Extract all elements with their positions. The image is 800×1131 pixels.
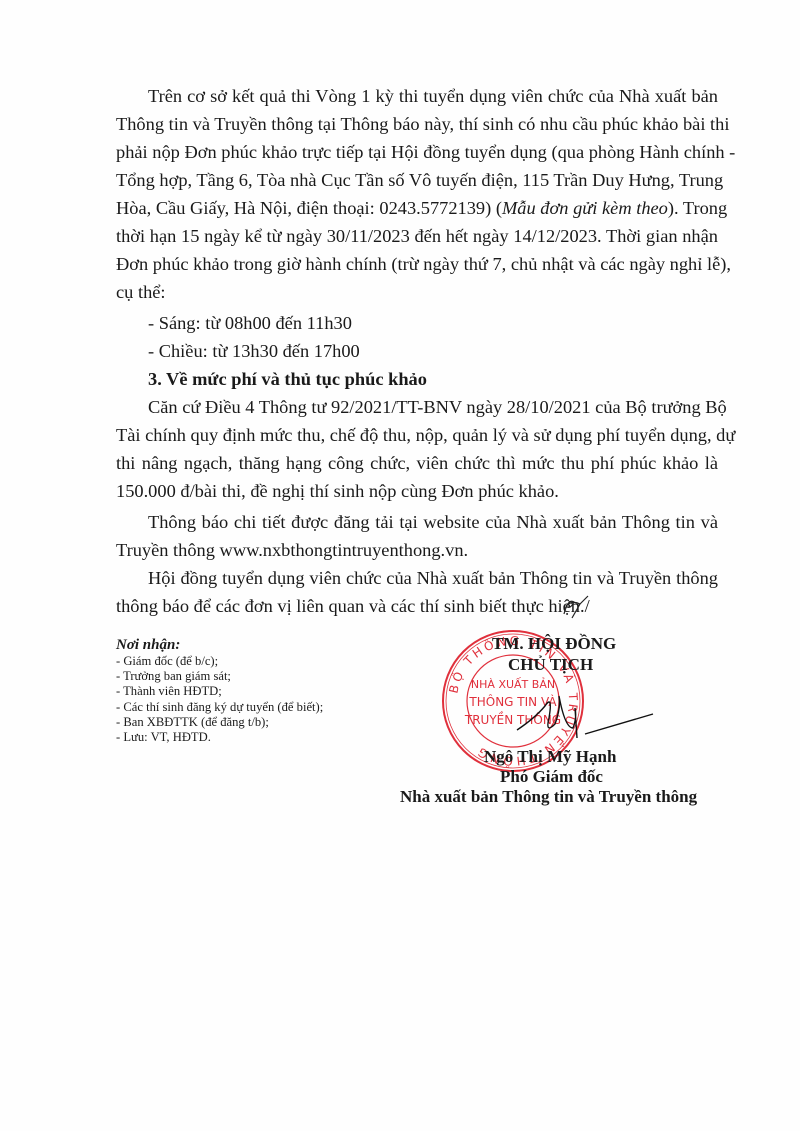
paragraph-line: Trên cơ sở kết quả thi Vòng 1 kỳ thi tuy…	[148, 82, 718, 110]
schedule-afternoon: - Chiều: từ 13h30 đến 17h00	[148, 337, 360, 365]
recipient-item: - Các thí sinh đăng ký dự tuyển (để biết…	[116, 700, 323, 715]
paragraph-line: cụ thể:	[116, 278, 718, 306]
paragraph-line: thi nâng ngạch, thăng hạng công chức, vi…	[116, 449, 718, 477]
paragraph-line: Tài chính quy định mức thu, chế độ thu, …	[116, 421, 718, 449]
recipient-item: - Trưởng ban giám sát;	[116, 669, 323, 684]
signer-name: Ngô Thị Mỹ Hạnh	[484, 747, 616, 767]
recipients-title: Nơi nhận:	[116, 637, 323, 654]
paragraph-line: Đơn phúc khảo trong giờ hành chính (trừ …	[116, 250, 718, 278]
handwritten-signature-icon	[515, 688, 655, 748]
paragraph-line: Tổng hợp, Tầng 6, Tòa nhà Cục Tần số Vô …	[116, 166, 718, 194]
website-line: Truyền thông www.nxbthongtintruyenthong.…	[116, 536, 718, 564]
recipient-item: - Ban XBĐTTK (để đăng t/b);	[116, 715, 323, 730]
paragraph-line: 150.000 đ/bài thi, đề nghị thí sinh nộp …	[116, 477, 718, 505]
paragraph-line: Thông tin và Truyền thông tại Thông báo …	[116, 110, 718, 138]
section-heading: 3. Về mức phí và thủ tục phúc khảo	[148, 365, 427, 393]
signer-position: Phó Giám đốc	[500, 767, 603, 787]
paragraph-line: Thông báo chi tiết được đăng tải tại web…	[148, 508, 718, 536]
signer-organization: Nhà xuất bản Thông tin và Truyền thông	[400, 787, 697, 807]
paragraph-line: Hòa, Cầu Giấy, Hà Nội, điện thoại: 0243.…	[116, 194, 718, 222]
document-page: Trên cơ sở kết quả thi Vòng 1 kỳ thi tuy…	[0, 0, 800, 1131]
phone-text: Hòa, Cầu Giấy, Hà Nội, điện thoại: 0243.…	[116, 198, 502, 218]
paragraph-line: Hội đồng tuyển dụng viên chức của Nhà xu…	[148, 564, 718, 592]
recipients-block: Nơi nhận: - Giám đốc (để b/c); - Trưởng …	[116, 637, 323, 745]
form-attached-note: Mẫu đơn gửi kèm theo	[502, 198, 668, 218]
initials-mark-icon	[560, 592, 590, 620]
recipient-item: - Giám đốc (để b/c);	[116, 654, 323, 669]
recipient-item: - Lưu: VT, HĐTD.	[116, 730, 323, 745]
paragraph-line: thông báo để các đơn vị liên quan và các…	[116, 592, 718, 620]
paragraph-line: phải nộp Đơn phúc khảo trực tiếp tại Hội…	[116, 138, 718, 166]
recipient-item: - Thành viên HĐTD;	[116, 684, 323, 699]
on-behalf-label: TM. HỘI ĐỒNG	[492, 634, 616, 654]
schedule-morning: - Sáng: từ 08h00 đến 11h30	[148, 309, 352, 337]
role-label: CHỦ TỊCH	[508, 655, 593, 675]
paragraph-line: Căn cứ Điều 4 Thông tư 92/2021/TT-BNV ng…	[148, 393, 718, 421]
paragraph-line: thời hạn 15 ngày kể từ ngày 30/11/2023 đ…	[116, 222, 718, 250]
paragraph-text: ). Trong	[668, 198, 727, 218]
